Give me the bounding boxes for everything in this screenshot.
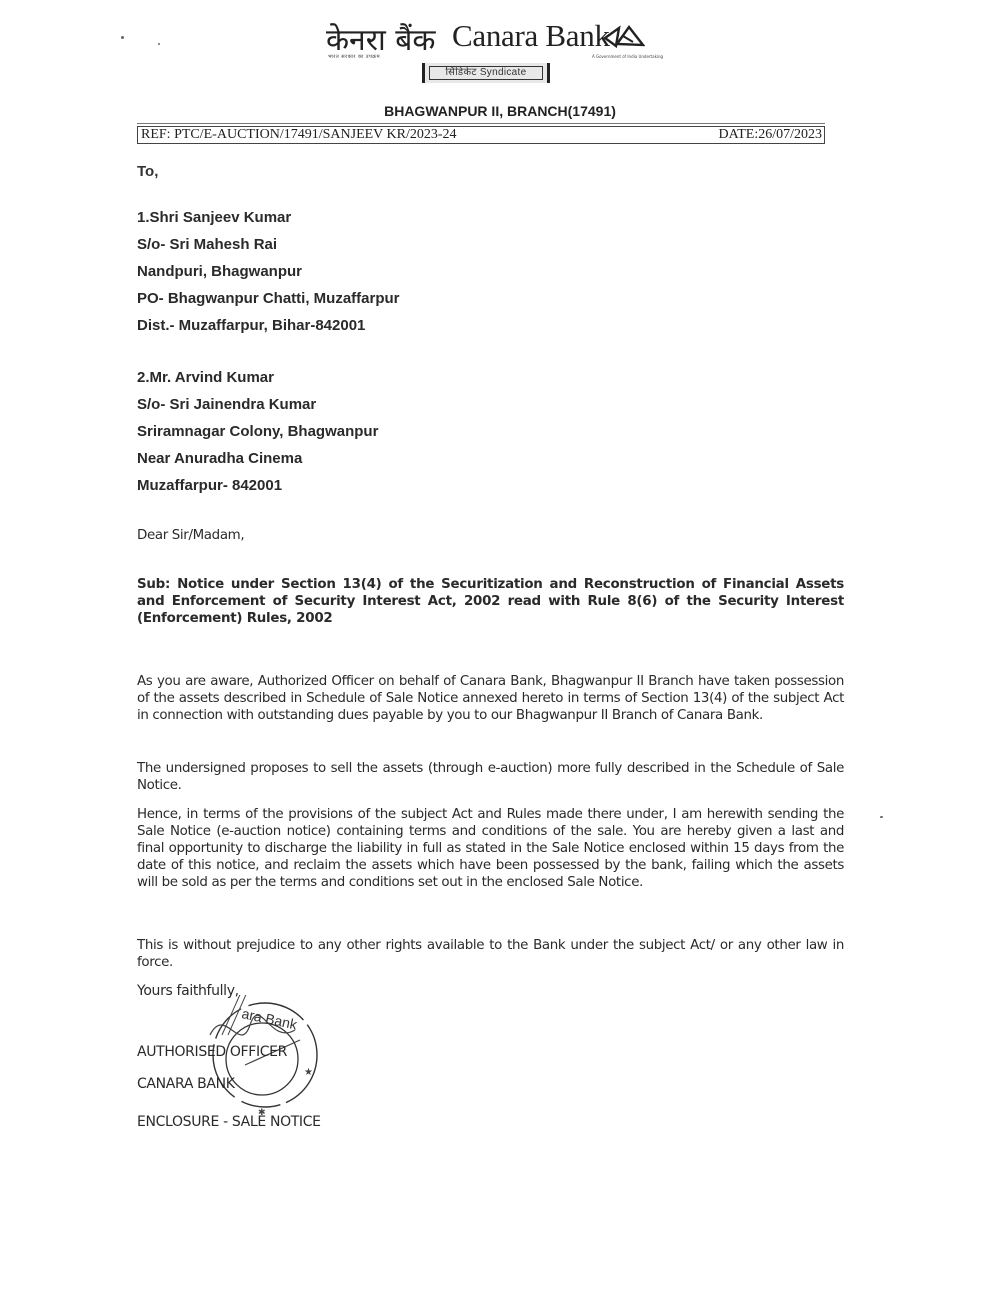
- bank-tagline-hindi: भारत सरकार का उपक्रम: [328, 54, 380, 60]
- syndicate-merger-badge: सिंडिकेट Syndicate: [422, 63, 550, 83]
- scan-speck: [158, 43, 160, 45]
- canara-bank-logo-icon: [603, 24, 645, 50]
- bank-tagline-english: A Government of India Undertaking: [592, 54, 663, 59]
- signatory-organization: CANARA BANK: [137, 1076, 235, 1092]
- scan-speck: [121, 36, 124, 39]
- subject-line: Sub: Notice under Section 13(4) of the S…: [137, 576, 844, 627]
- salutation: Dear Sir/Madam,: [137, 528, 244, 543]
- paragraph-possession: As you are aware, Authorized Officer on …: [137, 673, 844, 724]
- paragraph-final-opportunity: Hence, in terms of the provisions of the…: [137, 806, 844, 891]
- addressee-line: Sriramnagar Colony, Bhagwanpur: [137, 422, 378, 449]
- addressee-line: 2.Mr. Arvind Kumar: [137, 368, 378, 395]
- signatory-designation: AUTHORISED OFFICER: [137, 1044, 287, 1060]
- reference-box: REF: PTC/E-AUCTION/17491/SANJEEV KR/2023…: [137, 126, 825, 144]
- addressee-line: Near Anuradha Cinema: [137, 449, 378, 476]
- letter-date: DATE:26/07/2023: [719, 127, 822, 143]
- svg-text:★: ★: [304, 1067, 313, 1078]
- addressee-line: Muzaffarpur- 842001: [137, 476, 378, 503]
- branch-heading: BHAGWANPUR II, BRANCH(17491): [0, 103, 1000, 119]
- ref-divider: [137, 123, 825, 124]
- addressee-line: Dist.- Muzaffarpur, Bihar-842001: [137, 316, 400, 343]
- scan-speck: [880, 816, 883, 818]
- reference-number: REF: PTC/E-AUCTION/17491/SANJEEV KR/2023…: [141, 127, 457, 143]
- addressee-line: Nandpuri, Bhagwanpur: [137, 262, 400, 289]
- addressee-line: 1.Shri Sanjeev Kumar: [137, 208, 400, 235]
- addressee-line: PO- Bhagwanpur Chatti, Muzaffarpur: [137, 289, 400, 316]
- to-label: To,: [137, 163, 158, 180]
- addressee-line: S/o- Sri Mahesh Rai: [137, 235, 400, 262]
- bank-name-english: Canara Bank: [452, 18, 610, 54]
- enclosure-note: ENCLOSURE - SALE NOTICE: [137, 1114, 321, 1130]
- addressee-2: 2.Mr. Arvind Kumar S/o- Sri Jainendra Ku…: [137, 368, 378, 503]
- syndicate-badge-text: सिंडिकेट Syndicate: [429, 66, 543, 80]
- addressee-line: S/o- Sri Jainendra Kumar: [137, 395, 378, 422]
- paragraph-sale-proposal: The undersigned proposes to sell the ass…: [137, 760, 844, 794]
- paragraph-without-prejudice: This is without prejudice to any other r…: [137, 937, 844, 971]
- addressee-1: 1.Shri Sanjeev Kumar S/o- Sri Mahesh Rai…: [137, 208, 400, 343]
- bank-name-hindi: केनरा बैंक: [326, 18, 435, 59]
